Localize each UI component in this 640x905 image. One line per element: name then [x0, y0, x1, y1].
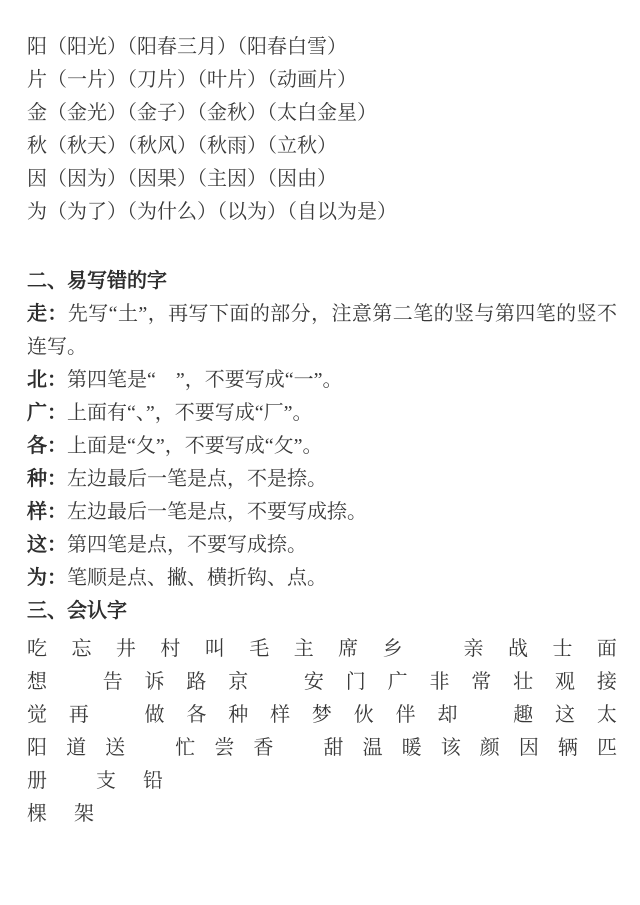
- note-text: 第四笔是“ ”，不要写成“一”。: [67, 369, 343, 391]
- character: 叫: [205, 633, 225, 666]
- character: 觉: [27, 699, 47, 732]
- character: 却: [437, 699, 457, 732]
- note-text: 先写“土”，再写下面的部分，注意第二笔的竖与第四笔的竖不连写。: [27, 303, 617, 358]
- note-char: 广：: [27, 402, 67, 424]
- character: 战: [508, 633, 528, 666]
- character: 匹: [597, 732, 617, 765]
- character: 铅: [143, 765, 163, 798]
- character: 广: [388, 666, 408, 699]
- character: 道: [66, 732, 86, 765]
- character: 做: [145, 699, 165, 732]
- character: 伙: [354, 699, 374, 732]
- note-item: 各：上面是“夂”，不要写成“攵”。: [27, 430, 617, 463]
- note-char: 种：: [27, 468, 67, 490]
- character: 温: [363, 732, 383, 765]
- character: 接: [597, 666, 617, 699]
- note-item: 为：笔顺是点、撇、横折钩、点。: [27, 562, 617, 595]
- character: 该: [441, 732, 461, 765]
- note-item: 样：左边最后一笔是点，不要写成捺。: [27, 496, 617, 529]
- word-example-line: 因（因为）（因果）（主因）（因由）: [27, 163, 617, 196]
- word-example-line: 阳（阳光）（阳春三月）（阳春白雪）: [27, 31, 617, 64]
- note-char: 走：: [27, 303, 68, 325]
- character: 送: [105, 732, 125, 765]
- character: 村: [160, 633, 180, 666]
- character: 样: [270, 699, 290, 732]
- character: 趣: [513, 699, 533, 732]
- character: 忙: [175, 732, 195, 765]
- character: 井: [116, 633, 136, 666]
- character: 乡: [383, 633, 403, 666]
- character: 亲: [464, 633, 484, 666]
- word-example-line: 为（为了）（为什么）（以为）（自以为是）: [27, 196, 617, 229]
- character: 梦: [312, 699, 332, 732]
- character: 颜: [480, 732, 500, 765]
- character: 路: [186, 666, 206, 699]
- character: 吃: [27, 633, 47, 666]
- note-item: 种：左边最后一笔是点，不是捺。: [27, 463, 617, 496]
- recognize-chars-row: 吃忘井村叫毛主席乡亲战士面: [27, 633, 617, 666]
- character: 京: [228, 666, 248, 699]
- word-example-line: 金（金光）（金子）（金秋）（太白金星）: [27, 97, 617, 130]
- character: 这: [555, 699, 575, 732]
- character: 忘: [71, 633, 91, 666]
- note-text: 左边最后一笔是点，不要写成捺。: [67, 501, 367, 523]
- character: 各: [186, 699, 206, 732]
- note-text: 笔顺是点、撇、横折钩、点。: [67, 567, 327, 589]
- note-text: 左边最后一笔是点，不是捺。: [67, 468, 327, 490]
- note-text: 上面是“夂”，不要写成“攵”。: [67, 435, 323, 457]
- note-text: 上面有“、”，不要写成“厂”。: [67, 402, 313, 424]
- character: 诉: [145, 666, 165, 699]
- note-item: 这：第四笔是点，不要写成捺。: [27, 529, 617, 562]
- character: 门: [346, 666, 366, 699]
- character: 非: [429, 666, 449, 699]
- note-item: 北：第四笔是“ ”，不要写成“一”。: [27, 364, 617, 397]
- character: 主: [294, 633, 314, 666]
- character: 尝: [214, 732, 234, 765]
- character: 因: [519, 732, 539, 765]
- character: 种: [228, 699, 248, 732]
- section2-heading: 二、易写错的字: [27, 265, 617, 298]
- recognize-chars-section: 吃忘井村叫毛主席乡亲战士面 想告诉路京安门广非常壮观接 觉再做各种样梦伙伴却趣这…: [27, 633, 617, 831]
- note-char: 北：: [27, 369, 67, 391]
- character: 士: [552, 633, 572, 666]
- character: 壮: [513, 666, 533, 699]
- character: 香: [253, 732, 273, 765]
- recognize-chars-row: 觉再做各种样梦伙伴却趣这太: [27, 699, 617, 732]
- note-char: 各：: [27, 435, 67, 457]
- document-page: 阳（阳光）（阳春三月）（阳春白雪） 片（一片）（刀片）（叶片）（动画片） 金（金…: [0, 0, 640, 905]
- character: 棵: [27, 798, 47, 831]
- note-item: 广：上面有“、”，不要写成“厂”。: [27, 397, 617, 430]
- note-char: 样：: [27, 501, 67, 523]
- recognize-chars-row: 册支铅: [27, 765, 617, 798]
- character: 安: [304, 666, 324, 699]
- character: 观: [555, 666, 575, 699]
- recognize-chars-row: 棵架: [27, 798, 617, 831]
- character: 常: [471, 666, 491, 699]
- character: 架: [74, 798, 94, 831]
- note-item: 走：先写“土”，再写下面的部分，注意第二笔的竖与第四笔的竖不连写。: [27, 298, 617, 364]
- character: 席: [338, 633, 358, 666]
- section3-heading: 三、会认字: [27, 595, 617, 628]
- character: 再: [69, 699, 89, 732]
- character: 辆: [558, 732, 578, 765]
- character: 册: [27, 765, 47, 798]
- recognize-chars-row: 想告诉路京安门广非常壮观接: [27, 666, 617, 699]
- error-prone-chars-section: 走：先写“土”，再写下面的部分，注意第二笔的竖与第四笔的竖不连写。 北：第四笔是…: [27, 298, 617, 595]
- note-char: 这：: [27, 534, 67, 556]
- word-example-line: 片（一片）（刀片）（叶片）（动画片）: [27, 64, 617, 97]
- character: 阳: [27, 732, 47, 765]
- character: 支: [96, 765, 116, 798]
- word-example-line: 秋（秋天）（秋风）（秋雨）（立秋）: [27, 130, 617, 163]
- character: 告: [103, 666, 123, 699]
- recognize-chars-row: 阳道送忙尝香甜温暖该颜因辆匹: [27, 732, 617, 765]
- word-examples-section: 阳（阳光）（阳春三月）（阳春白雪） 片（一片）（刀片）（叶片）（动画片） 金（金…: [27, 31, 617, 229]
- character: 太: [597, 699, 617, 732]
- character: 面: [597, 633, 617, 666]
- character: 暖: [402, 732, 422, 765]
- character: 甜: [324, 732, 344, 765]
- character: 想: [27, 666, 47, 699]
- note-text: 第四笔是点，不要写成捺。: [67, 534, 307, 556]
- note-char: 为：: [27, 567, 67, 589]
- character: 伴: [396, 699, 416, 732]
- character: 毛: [249, 633, 269, 666]
